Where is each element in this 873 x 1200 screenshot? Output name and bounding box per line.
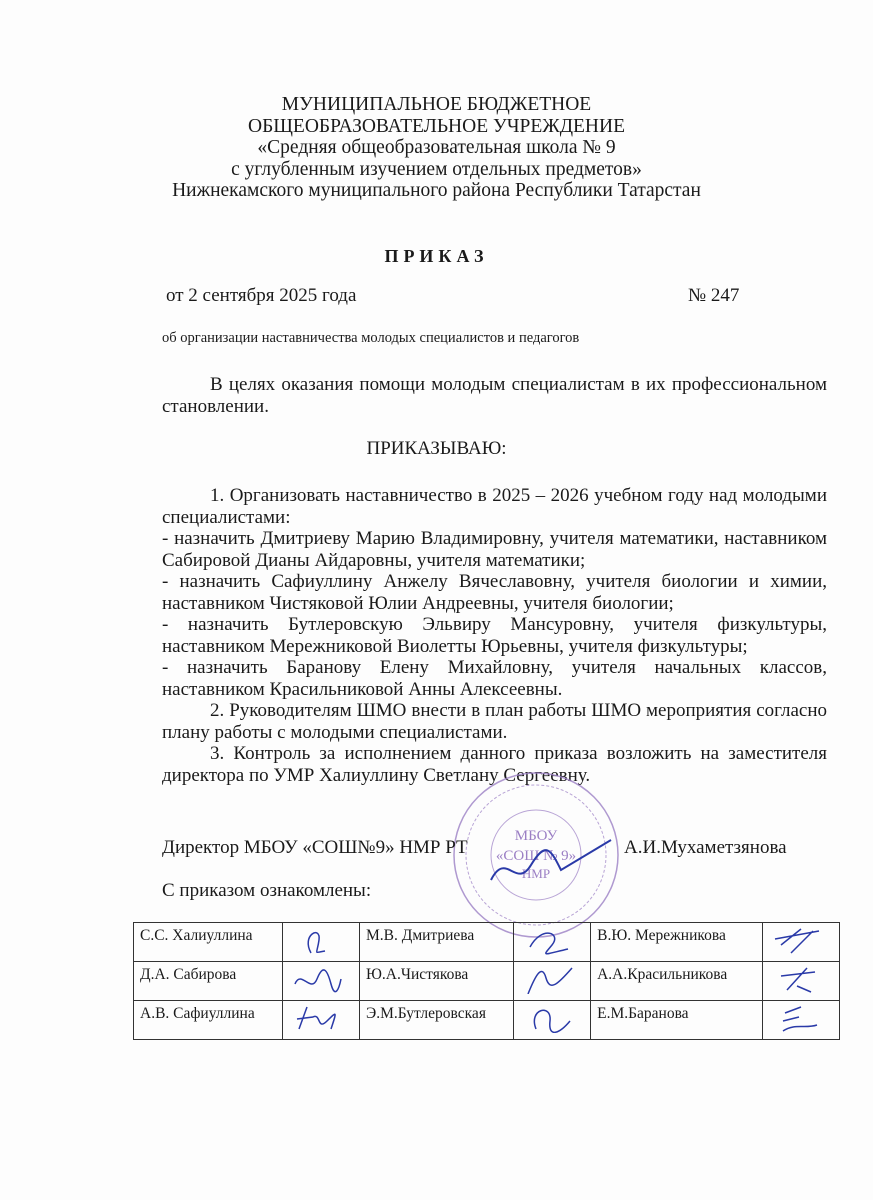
signature-cell [514,1001,591,1040]
signature-cell [283,1001,360,1040]
handwritten-signature-icon [291,1003,343,1033]
handwritten-signature-icon [291,925,343,955]
table-row: Д.А. Сабирова Ю.А.Чистякова А.А.Красильн… [134,962,840,1001]
handwritten-signature-icon [522,1003,574,1033]
handwritten-signature-icon [291,964,343,994]
acknowledgement-label: С приказом ознакомлены: [162,880,371,902]
name-cell: Ю.А.Чистякова [360,962,514,1001]
handwritten-signature-icon [522,964,574,994]
name-cell: М.В. Дмитриева [360,923,514,962]
handwritten-signature-icon [771,964,823,994]
signature-cell [763,962,840,1001]
header-line: Нижнекамского муниципального района Респ… [0,180,873,202]
signatory-position: Директор МБОУ «СОШ№9» НМР РТ [162,837,468,858]
signature-cell [763,923,840,962]
order-number: № 247 [688,285,739,307]
order-date: от 2 сентября 2025 года [166,285,356,307]
name-cell: А.А.Красильникова [591,962,763,1001]
name-cell: Е.М.Баранова [591,1001,763,1040]
item-2: 2. Руководителям ШМО внести в план работ… [162,700,827,743]
table-row: А.В. Сафиуллина Э.М.Бутлеровская Е.М.Бар… [134,1001,840,1040]
assignment: - назначить Баранову Елену Михайловну, у… [162,657,827,700]
assignment: - назначить Бутлеровскую Эльвиру Мансуро… [162,614,827,657]
school-header: МУНИЦИПАЛЬНОЕ БЮДЖЕТНОЕ ОБЩЕОБРАЗОВАТЕЛЬ… [0,94,873,202]
signature-cell [514,962,591,1001]
assignment: - назначить Сафиуллину Анжелу Вячеславов… [162,571,827,614]
svg-text:НМР: НМР [522,866,550,881]
signature-cell [283,962,360,1001]
name-cell: В.Ю. Мережникова [591,923,763,962]
assignment: - назначить Дмитриеву Марию Владимировну… [162,528,827,571]
handwritten-signature-icon [771,925,823,955]
header-line: «Средняя общеобразовательная школа № 9 [0,137,873,159]
header-line: ОБЩЕОБРАЗОВАТЕЛЬНОЕ УЧРЕЖДЕНИЕ [0,116,873,138]
signature-line: Директор МБОУ «СОШ№9» НМР РТ А.И.Мухамет… [162,837,827,859]
acknowledgement-table: С.С. Халиуллина М.В. Дмитриева В.Ю. Мере… [133,922,840,1040]
item-1: 1. Организовать наставничество в 2025 – … [162,485,827,528]
handwritten-signature-icon [771,1003,823,1033]
header-line: МУНИЦИПАЛЬНОЕ БЮДЖЕТНОЕ [0,94,873,116]
name-cell: Д.А. Сабирова [134,962,283,1001]
name-cell: А.В. Сафиуллина [134,1001,283,1040]
decree-heading: ПРИКАЗЫВАЮ: [0,438,873,460]
name-cell: Э.М.Бутлеровская [360,1001,514,1040]
table-row: С.С. Халиуллина М.В. Дмитриева В.Ю. Мере… [134,923,840,962]
document-title: ПРИКАЗ [0,246,873,267]
name-cell: С.С. Халиуллина [134,923,283,962]
signature-cell [514,923,591,962]
signatory-name: А.И.Мухаметзянова [624,837,787,859]
order-subject: об организации наставничества молодых сп… [162,330,579,347]
signature-cell [763,1001,840,1040]
signature-cell [283,923,360,962]
header-line: с углубленным изучением отдельных предме… [0,159,873,181]
handwritten-signature-icon [522,925,574,955]
item-3: 3. Контроль за исполнением данного прика… [162,743,827,786]
order-items: 1. Организовать наставничество в 2025 – … [162,485,827,786]
preamble: В целях оказания помощи молодым специали… [162,374,827,417]
